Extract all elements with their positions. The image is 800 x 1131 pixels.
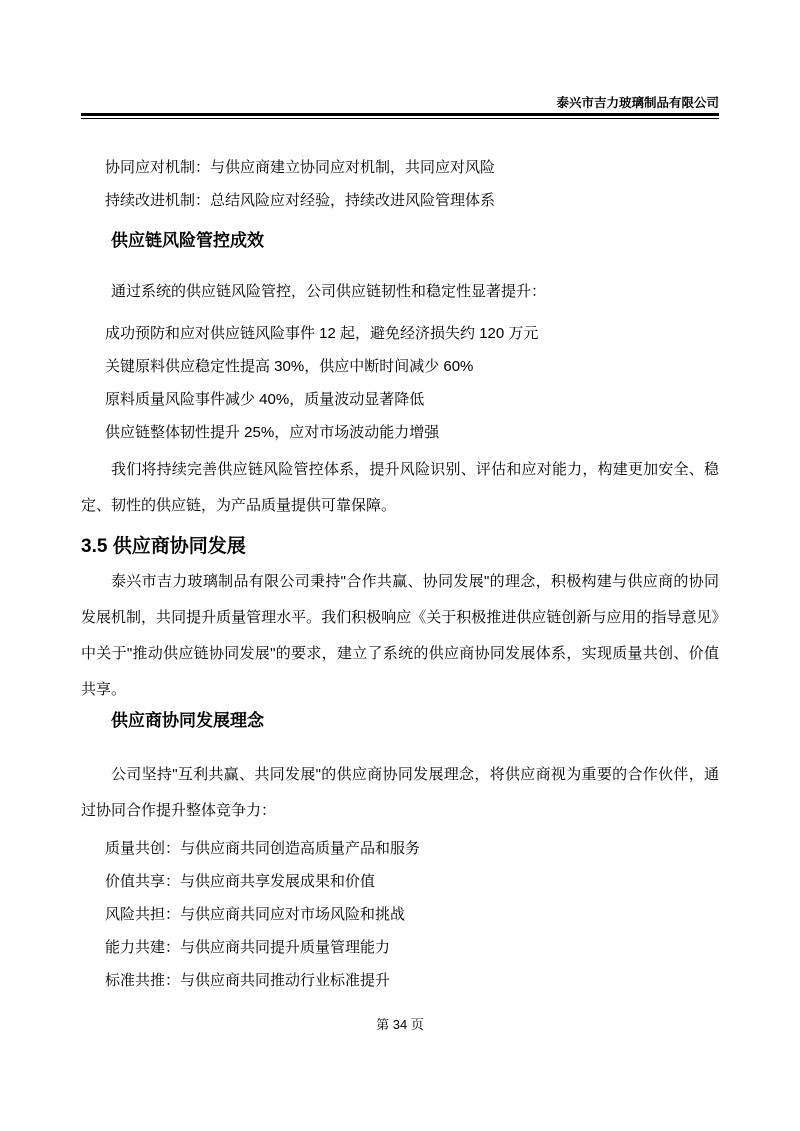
document-page: 泰兴市吉力玻璃制品有限公司 协同应对机制：与供应商建立协同应对机制，共同应对风险…: [0, 0, 800, 1131]
mechanism-line: 持续改进机制：总结风险应对经验，持续改进风险管理体系: [105, 184, 719, 217]
heading-risk-control-results: 供应链风险管控成效: [111, 228, 719, 254]
metric-line: 关键原料供应稳定性提高 30%，供应中断时间减少 60%: [105, 350, 719, 383]
principle-line: 标准共推：与供应商共同推动行业标准提升: [105, 964, 719, 997]
principle-line: 价值共享：与供应商共享发展成果和价值: [105, 865, 719, 898]
metrics-list: 成功预防和应对供应链风险事件 12 起，避免经济损失约 120 万元 关键原料供…: [81, 317, 719, 449]
principle-line: 质量共创：与供应商共同创造高质量产品和服务: [105, 832, 719, 865]
header-rule: [81, 113, 719, 119]
mechanism-line: 协同应对机制：与供应商建立协同应对机制，共同应对风险: [105, 151, 719, 184]
paragraph-risk-intro: 通过系统的供应链风险管控，公司供应链韧性和稳定性显著提升：: [81, 274, 719, 310]
page-number: 第 34 页: [0, 1016, 800, 1034]
metric-line: 成功预防和应对供应链风险事件 12 起，避免经济损失约 120 万元: [105, 317, 719, 350]
paragraph-philosophy-intro: 公司坚持"互利共赢、共同发展"的供应商协同发展理念，将供应商视为重要的合作伙伴，…: [81, 757, 719, 829]
heading-collaboration-philosophy: 供应商协同发展理念: [111, 708, 719, 734]
document-body: 协同应对机制：与供应商建立协同应对机制，共同应对风险 持续改进机制：总结风险应对…: [81, 151, 719, 997]
principle-line: 风险共担：与供应商共同应对市场风险和挑战: [105, 898, 719, 931]
page-header-company: 泰兴市吉力玻璃制品有限公司: [81, 96, 719, 110]
principle-line: 能力共建：与供应商共同提升质量管理能力: [105, 931, 719, 964]
metric-line: 原料质量风险事件减少 40%，质量波动显著降低: [105, 383, 719, 416]
metric-line: 供应链整体韧性提升 25%，应对市场波动能力增强: [105, 416, 719, 449]
paragraph-collaboration-intro: 泰兴市吉力玻璃制品有限公司秉持"合作共赢、协同发展"的理念，积极构建与供应商的协…: [81, 564, 719, 708]
principles-list: 质量共创：与供应商共同创造高质量产品和服务 价值共享：与供应商共享发展成果和价值…: [81, 832, 719, 997]
heading-section-3-5: 3.5 供应商协同发展: [81, 533, 719, 561]
paragraph-risk-closing: 我们将持续完善供应链风险管控体系，提升风险识别、评估和应对能力，构建更加安全、稳…: [81, 452, 719, 524]
